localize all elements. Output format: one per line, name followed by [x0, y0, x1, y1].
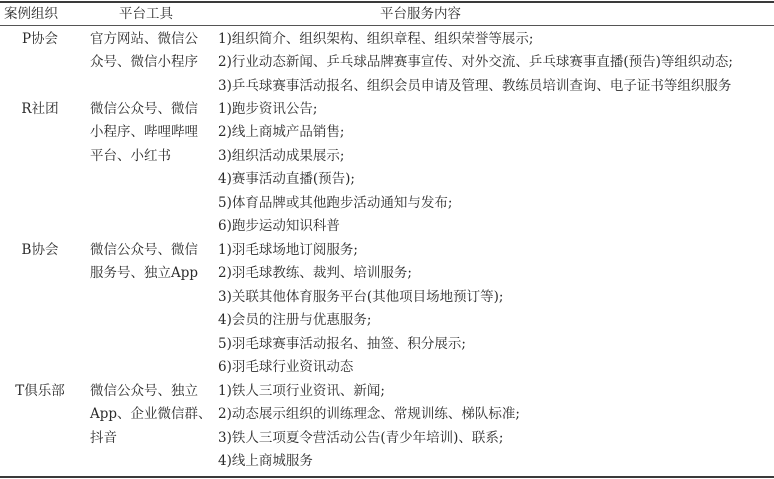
- org-name: T俱乐部: [0, 380, 80, 403]
- service-item: 6)羽毛球行业资讯动态: [218, 356, 774, 379]
- tool-line: 官方网站、微信公: [90, 28, 218, 51]
- service-item: 4)赛事活动直播(预告);: [218, 168, 774, 191]
- tool-line: 微信公众号、独立: [90, 380, 218, 403]
- service-item: 6)跑步运动知识科普: [218, 215, 774, 238]
- platform-tools: 微信公众号、微信 小程序、哔哩哔哩 平台、小红书: [90, 98, 218, 168]
- service-item: 3)组织活动成果展示;: [218, 145, 774, 168]
- service-item: 1)跑步资讯公告;: [218, 98, 774, 121]
- tool-line: 众号、微信小程序: [90, 51, 218, 74]
- service-item: 5)体育品牌或其他跑步活动通知与发布;: [218, 192, 774, 215]
- service-item: 4)会员的注册与优惠服务;: [218, 309, 774, 332]
- service-item: 4)线上商城服务: [218, 450, 774, 473]
- service-item: 3)铁人三项夏令营活动公告(青少年培训)、联系;: [218, 427, 774, 450]
- tool-line: 小程序、哔哩哔哩: [90, 121, 218, 144]
- tool-line: 微信公众号、微信: [90, 98, 218, 121]
- tool-line: 平台、小红书: [90, 145, 218, 168]
- org-name: B协会: [0, 239, 80, 262]
- service-item: 3)乒乓球赛事活动报名、组织会员申请及管理、教练员培训查询、电子证书等组织服务: [218, 75, 774, 98]
- header-org: 案例组织: [4, 3, 84, 25]
- header-services: 平台服务内容: [380, 3, 461, 25]
- platform-services: 1)组织简介、组织架构、组织章程、组织荣誉等展示; 2)行业动态新闻、乒乓球品牌…: [218, 28, 774, 98]
- service-item: 5)羽毛球赛事活动报名、抽签、积分展示;: [218, 333, 774, 356]
- tool-line: 微信公众号、微信: [90, 239, 218, 262]
- header-tools: 平台工具: [119, 3, 173, 25]
- service-item: 1)铁人三项行业资讯、新闻;: [218, 380, 774, 403]
- platform-services: 1)铁人三项行业资讯、新闻; 2)动态展示组织的训练理念、常规训练、梯队标准; …: [218, 380, 774, 474]
- tool-line: 服务号、独立App: [90, 262, 218, 285]
- platform-services: 1)羽毛球场地订阅服务; 2)羽毛球教练、裁判、培训服务; 3)关联其他体育服务…: [218, 239, 774, 379]
- org-name: R社团: [0, 98, 80, 121]
- service-item: 3)关联其他体育服务平台(其他项目场地预订等);: [218, 286, 774, 309]
- service-item: 1)羽毛球场地订阅服务;: [218, 239, 774, 262]
- tool-line: 抖音: [90, 427, 218, 450]
- org-name: P协会: [0, 28, 80, 51]
- service-item: 2)羽毛球教练、裁判、培训服务;: [218, 262, 774, 285]
- tool-line: App、企业微信群、: [90, 403, 218, 426]
- platform-tools: 微信公众号、独立 App、企业微信群、 抖音: [90, 380, 218, 450]
- service-item: 2)动态展示组织的训练理念、常规训练、梯队标准;: [218, 403, 774, 426]
- table-header: 案例组织 平台工具 平台服务内容: [0, 3, 774, 26]
- service-item: 1)组织简介、组织架构、组织章程、组织荣誉等展示;: [218, 28, 774, 51]
- platform-services: 1)跑步资讯公告; 2)线上商城产品销售; 3)组织活动成果展示; 4)赛事活动…: [218, 98, 774, 238]
- service-item: 2)行业动态新闻、乒乓球品牌赛事宣传、对外交流、乒乓球赛事直播(预告)等组织动态…: [218, 51, 774, 74]
- platform-tools: 微信公众号、微信 服务号、独立App: [90, 239, 218, 286]
- platform-services-table: 案例组织 平台工具 平台服务内容 P协会 官方网站、微信公 众号、微信小程序 1…: [0, 1, 774, 478]
- platform-tools: 官方网站、微信公 众号、微信小程序: [90, 28, 218, 75]
- service-item: 2)线上商城产品销售;: [218, 121, 774, 144]
